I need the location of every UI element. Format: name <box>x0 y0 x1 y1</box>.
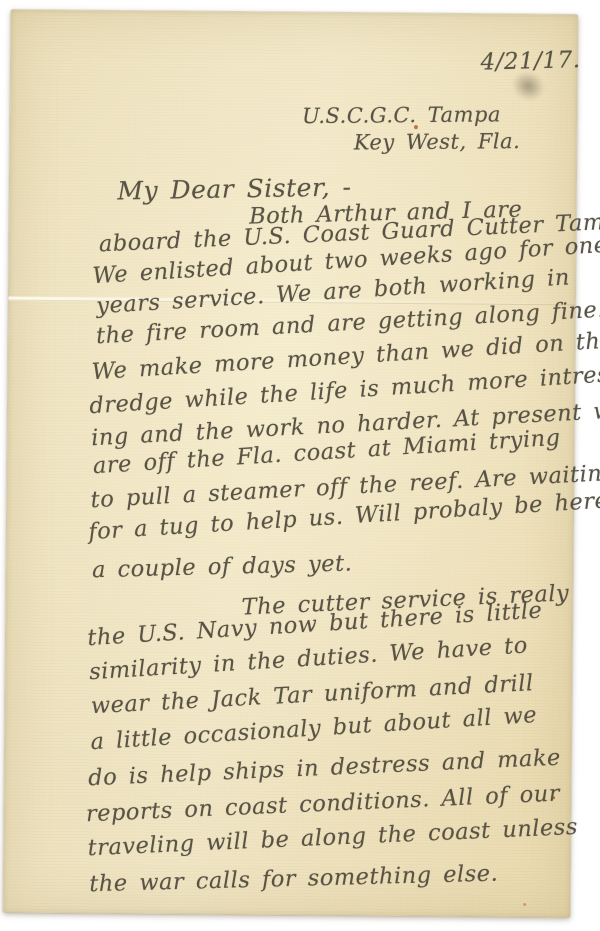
paragraph-2-line-9: the war calls for something else. <box>89 861 499 898</box>
scan-background: { "colors": { "paper": "#eee2bd", "penci… <box>0 0 600 931</box>
letterhead-location: Key West, Fla. <box>354 129 521 154</box>
date: 4/21/17. <box>480 47 581 76</box>
paragraph-1-line-12: a couple of days yet. <box>92 550 353 583</box>
paper-speck <box>523 903 526 906</box>
letter-paper: 4/21/17. U.S.C.G.C. Tampa Key West, Fla.… <box>3 10 578 918</box>
letterhead-ship: U.S.C.G.C. Tampa <box>302 102 501 128</box>
salutation: My Dear Sister, - <box>117 172 352 205</box>
